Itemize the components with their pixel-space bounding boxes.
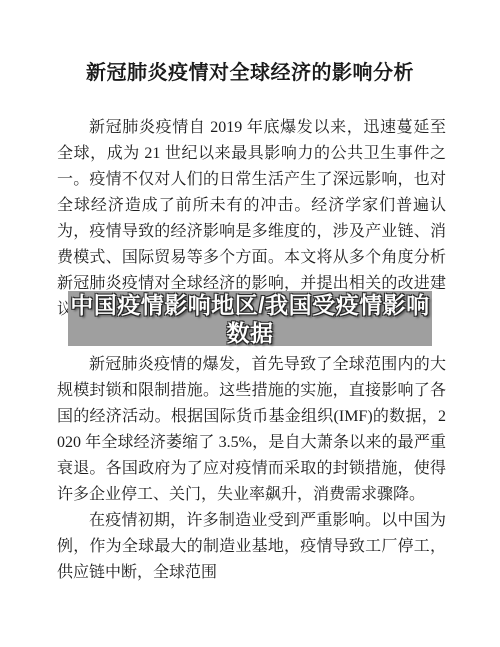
paragraph-lockdown-impact: 新冠肺炎疫情的爆发，首先导致了全球范围内的大规模封锁和限制措施。这些措施的实施，… bbox=[57, 352, 446, 508]
overlay-heading-line-2: 数据 bbox=[227, 319, 274, 347]
document-page: 新冠肺炎疫情对全球经济的影响分析 新冠肺炎疫情自 2019 年底爆发以来，迅速蔓… bbox=[0, 0, 500, 647]
document-title: 新冠肺炎疫情对全球经济的影响分析 bbox=[40, 60, 460, 86]
paragraph-manufacturing-impact: 在疫情初期，许多制造业受到严重影响。以中国为例，作为全球最大的制造业基地，疫情导… bbox=[57, 508, 446, 586]
overlay-heading-line-1: 中国疫情影响地区/我国受疫情影响 bbox=[70, 291, 429, 319]
overlay-heading-box: 中国疫情影响地区/我国受疫情影响 数据 bbox=[68, 291, 432, 346]
